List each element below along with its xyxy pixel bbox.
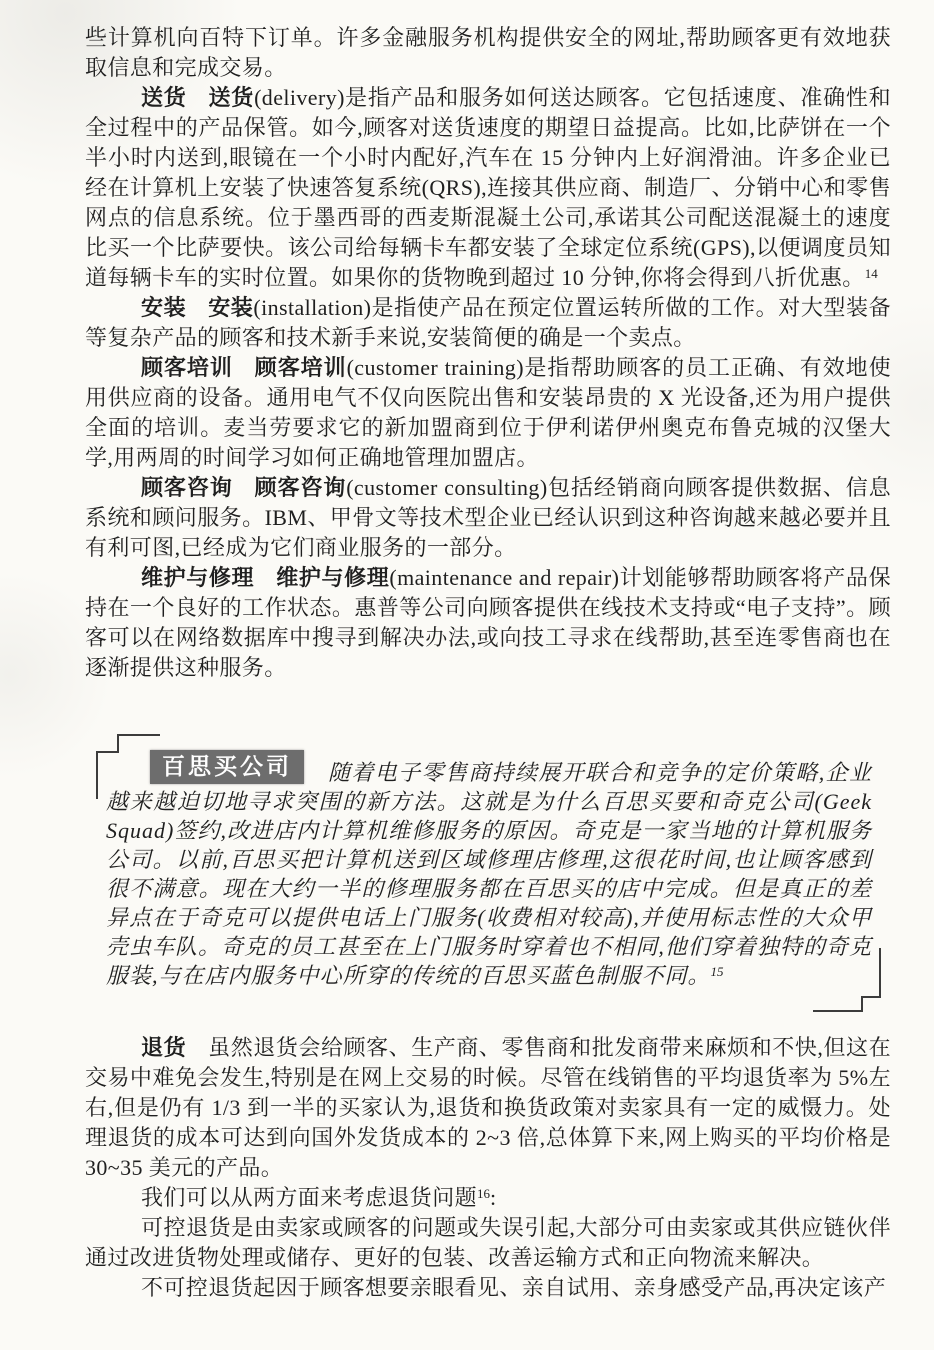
main-text-top: 些计算机向百特下订单。许多金融服务机构提供安全的网址,帮助顾客更有效地获取信息和… <box>85 23 891 683</box>
paragraph-text: 是指使产品在预定位置运转所做的工作。对大型装备等复杂产品的顾客和技术新手来说,安… <box>85 295 891 350</box>
book-page: 些计算机向百特下订单。许多金融服务机构提供安全的网址,帮助顾客更有效地获取信息和… <box>0 0 934 1350</box>
paragraph-uncontrollable-returns: 不可控退货起因于顾客想要亲眼看见、亲自试用、亲身感受产品,再决定该产 <box>85 1273 891 1303</box>
footnote-ref-16: 16 <box>477 1186 490 1201</box>
main-text-bottom: 退货虽然退货会给顾客、生产商、零售商和批发商带来麻烦和不快,但这在交易中难免会发… <box>85 1033 891 1303</box>
footnote-ref-15: 15 <box>711 964 724 979</box>
paragraph-text: 是指产品和服务如何送达顾客。它包括速度、准确性和全过程中的产品保管。如今,顾客对… <box>85 85 891 290</box>
paragraph-text: 些计算机向百特下订单。许多金融服务机构提供安全的网址,帮助顾客更有效地获取信息和… <box>85 25 891 80</box>
term-name: 顾客咨询 <box>255 475 347 500</box>
paragraph-text: 不可控退货起因于顾客想要亲眼看见、亲自试用、亲身感受产品,再决定该产 <box>141 1275 886 1300</box>
term-lead: 送货 <box>141 85 187 110</box>
term-english: (customer consulting) <box>346 475 547 500</box>
paragraph-controllable-returns: 可控退货是由卖家或顾客的问题或失误引起,大部分可由卖家或其供应链伙伴通过改进货物… <box>85 1213 891 1273</box>
case-study-text: 随着电子零售商持续展开联合和竞争的定价策略,企业越来越迫切地寻求突围的新方法。这… <box>106 758 872 990</box>
paragraph-installation: 安装安装(installation)是指使产品在预定位置运转所做的工作。对大型装… <box>85 293 891 353</box>
term-name: 顾客培训 <box>255 355 347 380</box>
term-name: 安装 <box>208 295 253 320</box>
paragraph-text: 虽然退货会给顾客、生产商、零售商和批发商带来麻烦和不快,但这在交易中难免会发生,… <box>85 1035 891 1180</box>
paragraph-customer-training: 顾客培训顾客培训(customer training)是指帮助顾客的员工正确、有… <box>85 353 891 473</box>
term-english: (delivery) <box>254 85 345 110</box>
term-name: 送货 <box>209 85 255 110</box>
term-english: (installation) <box>253 295 371 320</box>
paragraph-continuation: 些计算机向百特下订单。许多金融服务机构提供安全的网址,帮助顾客更有效地获取信息和… <box>85 23 891 83</box>
term-english: (maintenance and repair) <box>389 565 619 590</box>
paragraph-returns-intro: 我们可以从两方面来考虑退货问题16: <box>85 1183 891 1213</box>
case-study-box: 百思买公司 随着电子零售商持续展开联合和竞争的定价策略,企业越来越迫切地寻求突围… <box>106 758 872 990</box>
paragraph-delivery: 送货送货(delivery)是指产品和服务如何送达顾客。它包括速度、准确性和全过… <box>85 83 891 293</box>
term-english: (customer training) <box>347 355 524 380</box>
term-lead: 维护与修理 <box>141 565 254 590</box>
paragraph-customer-consulting: 顾客咨询顾客咨询(customer consulting)包括经销商向顾客提供数… <box>85 473 891 563</box>
paragraph-text: 随着电子零售商持续展开联合和竞争的定价策略,企业越来越迫切地寻求突围的新方法。这… <box>106 760 872 988</box>
term-lead: 顾客咨询 <box>141 475 233 500</box>
paragraph-returns: 退货虽然退货会给顾客、生产商、零售商和批发商带来麻烦和不快,但这在交易中难免会发… <box>85 1033 891 1183</box>
paragraph-text: 我们可以从两方面来考虑退货问题 <box>141 1185 477 1210</box>
term-lead: 顾客培训 <box>141 355 233 380</box>
term-lead: 退货 <box>141 1035 186 1060</box>
paragraph-maintenance-repair: 维护与修理维护与修理(maintenance and repair)计划能够帮助… <box>85 563 891 683</box>
footnote-ref-14: 14 <box>865 266 878 281</box>
paragraph-text-tail: : <box>490 1185 497 1210</box>
term-lead: 安装 <box>141 295 186 320</box>
term-name: 维护与修理 <box>276 565 389 590</box>
case-study-label: 百思买公司 <box>150 750 304 784</box>
paragraph-text: 可控退货是由卖家或顾客的问题或失误引起,大部分可由卖家或其供应链伙伴通过改进货物… <box>85 1215 891 1270</box>
